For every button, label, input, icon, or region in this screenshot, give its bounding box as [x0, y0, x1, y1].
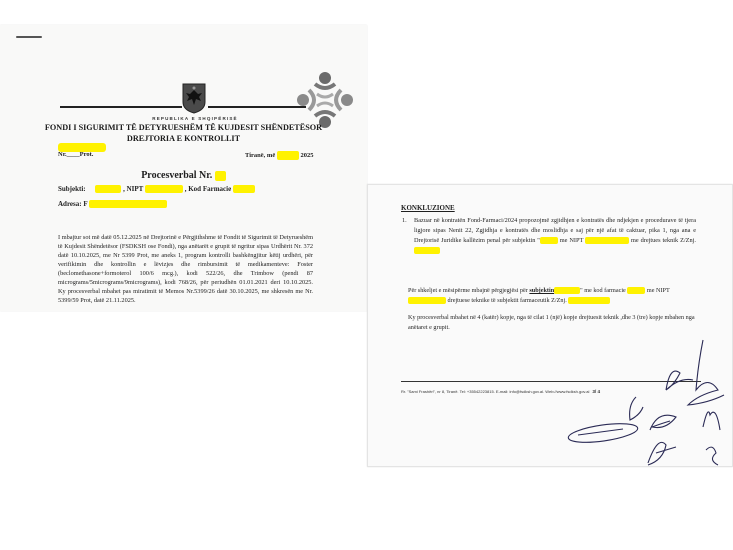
procesverbal-title: Procesverbal Nr. — [0, 170, 367, 181]
redaction-highlight — [145, 185, 183, 193]
albania-emblem-icon — [181, 82, 207, 114]
conclusion-text-director: me drejtues teknik Z/Znj. — [629, 237, 696, 244]
redaction-highlight — [408, 297, 446, 304]
protocol-number: Nr.____Prot. — [58, 151, 93, 158]
kod-farmacie-label: , Kod Farmacie — [185, 185, 231, 193]
redaction-highlight — [95, 185, 121, 193]
responsibility-text-code: " me kod farmacie — [580, 287, 627, 294]
date-label: Tiranë, më — [245, 152, 275, 159]
nipt-label: , NIPT — [123, 185, 143, 193]
responsibility-paragraph: Për shkeljet e mësipërme mbajnë përgjegj… — [408, 286, 698, 306]
redaction-highlight — [554, 287, 580, 294]
conclusion-text-nipt: me NIPT — [558, 237, 585, 244]
redaction-highlight — [215, 171, 226, 181]
fund-logo-icon — [297, 70, 353, 130]
document-page-3: KONKLUZIONE 1. Bazuar në kontratën Fond-… — [367, 184, 733, 467]
organization-title: FONDI I SIGURIMIT TË DETYRUESHËM TË KUJD… — [0, 123, 367, 132]
redaction-highlight — [89, 200, 167, 208]
document-page-1: REPUBLIKA E SHQIPËRISË FONDI I SIGURIMIT… — [0, 25, 367, 311]
page-indicator: 3/ 4 — [592, 389, 600, 394]
address-row: Adresa: F — [58, 200, 167, 208]
republic-label: REPUBLIKA E SHQIPËRISË — [150, 116, 240, 121]
body-paragraph: I mbajtur sot më datë 05.12.2025 në Drej… — [58, 233, 313, 305]
conclusion-item: 1. Bazuar në kontratën Fond-Farmaci/2024… — [414, 216, 696, 256]
address-label: Adresa: F — [58, 200, 87, 208]
responsibility-text-nipt: me NIPT — [645, 287, 669, 294]
redaction-highlight — [233, 185, 255, 193]
item-number: 1. — [402, 216, 407, 226]
subject-row: Subjekti: , NIPT , Kod Farmacie — [58, 185, 255, 193]
redaction-highlight — [277, 151, 299, 160]
redaction-highlight — [414, 247, 440, 254]
redaction-highlight — [627, 287, 645, 294]
subject-label: Subjekti: — [58, 185, 86, 193]
conclusions-heading: KONKLUZIONE — [401, 204, 455, 212]
department-title: DREJTORIA E KONTROLLIT — [0, 134, 367, 143]
responsibility-text: Për shkeljet e mësipërme mbajnë përgjegj… — [408, 287, 529, 294]
copies-paragraph: Ky procesverbal mbahet në 4 (katër) kopj… — [408, 313, 698, 333]
redaction-highlight — [585, 237, 629, 244]
footer: Rr. "Sami Frashëri", nr 8, Tiranë. Tel: … — [401, 389, 600, 394]
footer-address: Rr. "Sami Frashëri", nr 8, Tiranë. Tel: … — [401, 389, 589, 394]
header-rule-left — [60, 106, 182, 108]
date-year: 2025 — [300, 152, 313, 159]
responsibility-subject: subjektin — [529, 287, 554, 294]
signatures-icon — [548, 335, 733, 470]
scan-mark — [16, 36, 42, 38]
document-date: Tiranë, më 2025 — [245, 151, 313, 160]
responsibility-text-director: drejtuese teknike të subjektit farmaceut… — [446, 297, 568, 304]
redaction-highlight — [540, 237, 558, 244]
header-rule-right — [208, 106, 306, 108]
redaction-highlight — [568, 297, 610, 304]
footer-rule — [401, 381, 701, 382]
procesverbal-title-text: Procesverbal Nr. — [141, 170, 212, 181]
